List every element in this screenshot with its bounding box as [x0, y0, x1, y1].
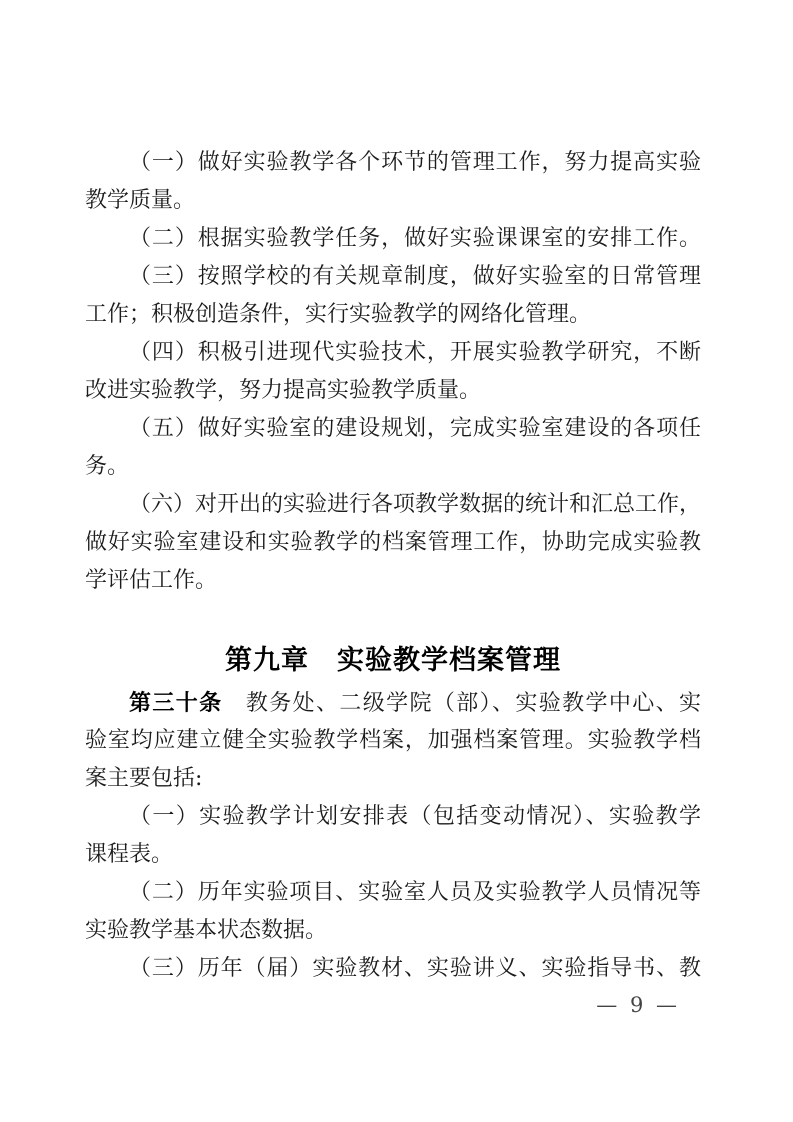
paragraph-line: 课程表。 [85, 836, 701, 874]
paragraph-line: （二）历年实验项目、实验室人员及实验教学人员情况等 [85, 874, 701, 912]
paragraph-line: （三）历年（届）实验教材、实验讲义、实验指导书、教 [85, 950, 701, 988]
paragraph-line: （四）积极引进现代实验技术，开展实验教学研究，不断 [85, 334, 701, 372]
document-page: （一）做好实验教学各个环节的管理工作，努力提高实验 教学质量。 （二）根据实验教… [0, 0, 793, 1122]
paragraph-line: （五）做好实验室的建设规划，完成实验室建设的各项任 [85, 410, 701, 448]
paragraph-line: 改进实验教学，努力提高实验教学质量。 [85, 372, 701, 410]
paragraph-line: （一）做好实验教学各个环节的管理工作，努力提高实验 [85, 144, 701, 182]
paragraph-line: 务。 [85, 448, 701, 486]
paragraph-line: 验室均应建立健全实验教学档案，加强档案管理。实验教学档 [85, 722, 701, 760]
paragraph-line: （二）根据实验教学任务，做好实验课课室的安排工作。 [85, 220, 701, 258]
paragraph-line: 做好实验室建设和实验教学的档案管理工作，协助完成实验教 [85, 524, 701, 562]
paragraph-line: （一）实验教学计划安排表（包括变动情况）、实验教学 [85, 798, 701, 836]
page-number: — 9 — [596, 992, 680, 1018]
paragraph-line: 案主要包括: [85, 760, 701, 798]
paragraph-line: 教学质量。 [85, 182, 701, 220]
paragraph-line: （三）按照学校的有关规章制度，做好实验室的日常管理 [85, 258, 701, 296]
paragraph-line: （六）对开出的实验进行各项教学数据的统计和汇总工作， [85, 486, 701, 524]
chapter-heading: 第九章 实验教学档案管理 [85, 636, 701, 684]
paragraph-line: 工作；积极创造条件，实行实验教学的网络化管理。 [85, 296, 701, 334]
paragraph-line: 学评估工作。 [85, 562, 701, 600]
article-line: 第三十条 教务处、二级学院（部）、实验教学中心、实 [85, 684, 701, 722]
document-content: （一）做好实验教学各个环节的管理工作，努力提高实验 教学质量。 （二）根据实验教… [85, 144, 701, 988]
article-number: 第三十条 [129, 690, 223, 715]
paragraph-line: 实验教学基本状态数据。 [85, 912, 701, 950]
article-line-text: 教务处、二级学院（部）、实验教学中心、实 [223, 691, 701, 716]
